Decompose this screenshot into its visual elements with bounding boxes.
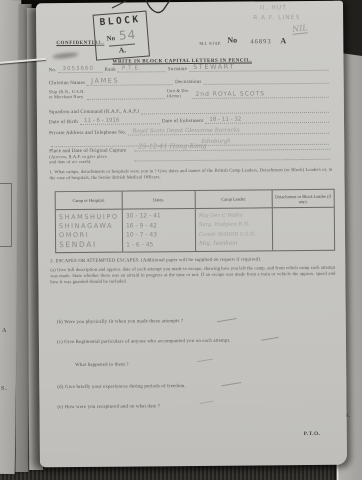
col-header-leader: Camp Leader. — [196, 190, 272, 209]
service-number-value: 3053660 — [62, 66, 94, 72]
pencil-annotation-raf-lines: R.A.F. LINES — [253, 14, 300, 21]
camp-leader: Maj. Ivanham — [199, 241, 269, 248]
stamp-suffix: A. — [109, 44, 136, 56]
camp-leader: Surg. Hodgson R.N. — [199, 222, 269, 229]
field-row-squadron: Squadron and Command (R.A.F., A.A.F.) — [49, 105, 331, 115]
stamp-number-handwritten: 54 — [118, 27, 136, 42]
camp-leader: Comdr MAHER U.S.N. — [199, 231, 269, 238]
enlistment-value: 18 - 11 - 32 — [209, 117, 241, 123]
christian-names-label: Christian Names — [49, 81, 86, 86]
camp-name: SENDAI — [59, 240, 119, 250]
capture-value: 25-12-41 Hong-Kong — [138, 142, 206, 151]
col-header-block-leader: Detachment or Block Leader (if any). — [273, 190, 334, 209]
camp-name: OMORI — [59, 231, 119, 240]
question-c: (c) Give Regimental particulars of anyon… — [57, 339, 231, 346]
address-value-line1: Royal Scots Depot Glencorse Barracks — [132, 128, 240, 135]
camp-name: SHINAGAWA — [59, 222, 119, 231]
underlying-page-box-fragment — [0, 183, 12, 247]
decorations-label: Decorations — [175, 80, 201, 85]
surname-label: Surname — [168, 67, 187, 72]
col-header-dates: Dates. — [123, 191, 195, 210]
christian-names-value: JAMES — [91, 77, 119, 85]
squadron-label: Squadron and Command (R.A.F., A.A.F.) — [49, 109, 139, 115]
camps-table: Camp or Hospital. SHAMSHUIPO SHINAGAWA O… — [55, 189, 336, 253]
question-c2: What happened to them ? — [75, 363, 129, 368]
serial-no-label: No — [227, 36, 237, 45]
pencil-dash — [199, 401, 213, 404]
camp-date: 30 - 12 - 41 — [126, 212, 192, 220]
address-label: Private Address and Telephone No. — [49, 131, 126, 137]
pencil-dash — [217, 318, 237, 322]
unit-label-line2: (Army) — [167, 94, 190, 99]
field-row-address: Private Address and Telephone No. Royal … — [49, 126, 331, 136]
camp-name: SHAMSHUIPO — [59, 212, 119, 221]
underlying-page-text-fragment: S. — [1, 386, 8, 392]
dob-value: 11 - 6 - 1916 — [84, 118, 120, 124]
question-e: (e) How were you recaptured and on what … — [57, 404, 160, 410]
no-label: No. — [49, 68, 57, 73]
pencil-annotation-hut: II. HUT — [260, 4, 287, 11]
pencil-dash — [221, 382, 241, 386]
enlistment-label: Date of Enlistment — [162, 119, 203, 124]
rank-value: P.T.E. — [122, 65, 142, 71]
field-row-dob-enlistment: Date of Birth 11 - 6 - 1916 Date of Enli… — [49, 115, 331, 125]
paper-smudge — [52, 52, 78, 60]
ship-label-line2: or Merchant Navy — [49, 95, 85, 100]
capture-note-line2: and date of a/c crash). — [49, 159, 126, 165]
underlying-page-text-fragment: A — [2, 328, 7, 334]
camp-date: 10 - 7 - 43 — [126, 231, 192, 239]
pencil-annotation-nil: NIL — [292, 23, 309, 35]
section2-para-a: (a) Give full description and approx. da… — [50, 265, 335, 285]
hanging-string — [100, 0, 220, 24]
field-row-christian-decorations: Christian Names JAMES Decorations — [49, 76, 331, 86]
section2-heading: 2. ESCAPES OR ATTEMPTED ESCAPES. (Additi… — [50, 257, 261, 264]
serial-number: 46893 — [250, 38, 271, 45]
pencil-dash — [261, 337, 279, 341]
dob-label: Date of Birth — [49, 120, 78, 125]
unit-value: 2nd ROYAL SCOTS — [195, 90, 265, 98]
question-d: (d) Give briefly your experiences during… — [57, 384, 186, 390]
stamp-no-label: No — [106, 34, 115, 43]
camp-date: 1 - 6 - 45 — [126, 241, 192, 249]
col-header-camp: Camp or Hospital. — [56, 192, 122, 211]
mi9-label: M.I. 9/JAP. — [199, 41, 221, 46]
field-row-number-rank-surname: No. 3053660 Rank P.T.E. Surname STEWART — [49, 63, 331, 73]
field-row-ship-unit: Ship (R.N., U.S.N. or Merchant Navy Unit… — [49, 88, 331, 100]
surname-value: STEWART — [193, 63, 235, 71]
camp-date: 16 - 9 - 42 — [126, 222, 192, 230]
pencil-dash — [197, 359, 213, 363]
capture-label-block: Place and Date of Original Capture (Airc… — [49, 149, 126, 165]
question-b: (b) Were you physically fit when you mad… — [57, 319, 184, 325]
pto-label: P.T.O. — [304, 431, 321, 437]
section1-question: 1. What camps, detachments or hospitals … — [49, 167, 332, 181]
rank-label: Rank — [105, 68, 116, 73]
camp-leader: Maj Gen C Wallis — [199, 212, 269, 219]
serial-suffix: A — [280, 36, 286, 45]
pow-questionnaire-page: CONFIDENTIAL. BLOCK No 54 A. M.I. 9/JAP.… — [36, 1, 347, 468]
